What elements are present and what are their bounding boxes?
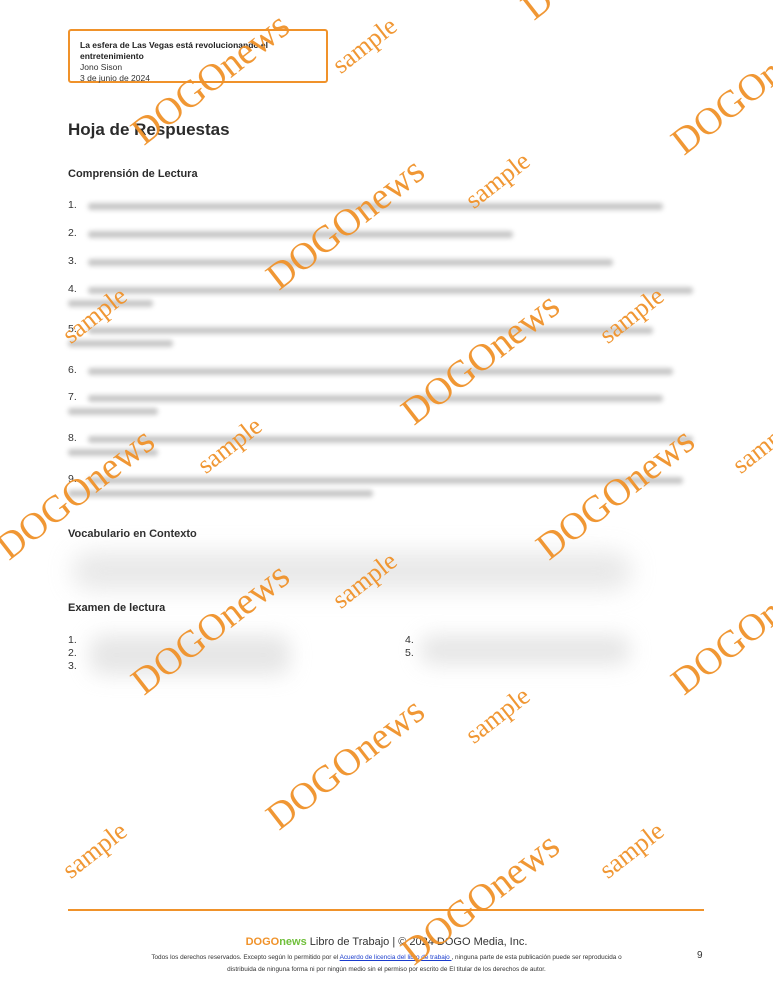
article-date: 3 de junio de 2024: [80, 73, 316, 84]
blurred-answer: [68, 300, 153, 307]
exam-answers-left: 1. 2. 3.: [68, 634, 77, 673]
item-number: 1.: [68, 199, 77, 211]
item-number: 3.: [68, 255, 77, 267]
article-title: La esfera de Las Vegas está revolucionan…: [80, 40, 316, 62]
dogonews-watermark: DOGOnews: [393, 284, 568, 434]
sample-watermark: sample: [57, 816, 134, 885]
page-title: Hoja de Respuestas: [68, 120, 230, 140]
dogonews-watermark: DOGOnews: [663, 554, 773, 704]
exam-heading: Examen de lectura: [68, 602, 165, 614]
blurred-answer: [88, 436, 693, 443]
workbook-copyright: Libro de Trabajo | © 2024 DOGO Media, In…: [310, 936, 528, 948]
license-agreement-link[interactable]: Acuerdo de licencia del libro de trabajo: [340, 954, 452, 961]
exam-item-number: 5.: [405, 647, 414, 660]
blurred-answer: [88, 368, 673, 375]
sample-watermark: sample: [594, 816, 671, 885]
item-number: 4.: [68, 283, 77, 295]
item-number: 6.: [68, 364, 77, 376]
dogonews-watermark: DOGOnews: [663, 14, 773, 164]
blurred-answer: [68, 340, 173, 347]
comprehension-heading: Comprensión de Lectura: [68, 168, 198, 180]
blurred-exam-answers-left: [90, 635, 290, 675]
brand-logo-news: news: [279, 936, 307, 948]
vocabulary-heading: Vocabulario en Contexto: [68, 528, 197, 540]
blurred-answer: [88, 259, 613, 266]
article-info-box: La esfera de Las Vegas está revolucionan…: [68, 29, 328, 83]
sample-watermark: sample: [192, 411, 269, 480]
dogonews-watermark: DOGOnews: [258, 149, 433, 299]
blurred-answer: [68, 408, 158, 415]
footer-brand-line: DOGOnews Libro de Trabajo | © 2024 DOGO …: [0, 936, 773, 948]
exam-item-number: 3.: [68, 660, 77, 673]
item-number: 9.: [68, 473, 77, 485]
sample-watermark: sample: [727, 411, 773, 480]
blurred-answer: [68, 449, 158, 456]
legal-text-start: Todos los derechos reservados. Excepto s…: [151, 954, 339, 961]
item-number: 2.: [68, 227, 77, 239]
blurred-answer: [88, 203, 663, 210]
blurred-vocabulary-content: [72, 552, 632, 590]
exam-item-number: 2.: [68, 647, 77, 660]
exam-answers-right: 4. 5.: [405, 634, 414, 660]
exam-item-number: 4.: [405, 634, 414, 647]
sample-watermark: sample: [327, 11, 404, 80]
item-number: 5.: [68, 323, 77, 335]
blurred-answer: [88, 231, 513, 238]
dogonews-watermark: DOGOnews: [513, 0, 688, 29]
blurred-answer: [88, 287, 693, 294]
exam-item-number: 1.: [68, 634, 77, 647]
article-author: Jono Sison: [80, 62, 316, 73]
blurred-answer: [88, 327, 653, 334]
blurred-exam-answers-right: [420, 635, 630, 665]
footer-divider: [68, 909, 704, 911]
sample-watermark: sample: [460, 681, 537, 750]
blurred-answer: [88, 477, 683, 484]
item-number: 8.: [68, 432, 77, 444]
blurred-answer: [68, 490, 373, 497]
page-number: 9: [697, 950, 703, 961]
footer-legal-text: Todos los derechos reservados. Excepto s…: [140, 952, 633, 976]
dogonews-watermark: DOGOnews: [258, 689, 433, 839]
brand-logo-dogo: DOGO: [246, 936, 280, 948]
item-number: 7.: [68, 391, 77, 403]
blurred-answer: [88, 395, 663, 402]
